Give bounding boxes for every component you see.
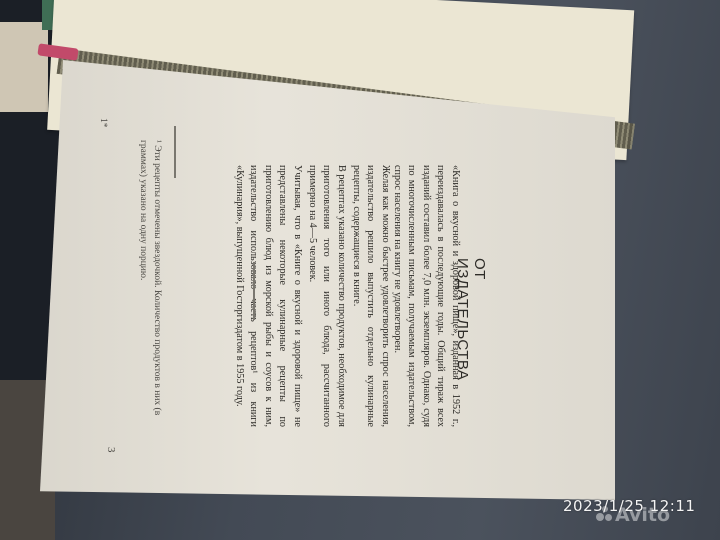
paragraph-3: В рецептах указано количество продуктов,… <box>305 165 349 427</box>
paragraph-1: «Книга о вкусной и здоровой пище», издан… <box>390 165 463 427</box>
footnote-divider <box>174 126 176 178</box>
photo-timestamp: 2023/1/25 12:11 <box>563 497 695 515</box>
paragraph-2: Желая как можно быстрее удовлетворить сп… <box>349 165 393 427</box>
paragraph-4: Учитывая, что в «Книге о вкусной и здоро… <box>232 165 305 427</box>
section-divider <box>253 262 255 320</box>
footnote: ¹ Эти рецепты отмечены звездочкой. Колич… <box>136 140 164 450</box>
page-number: 3 <box>104 447 118 453</box>
signature-mark: 1* <box>96 118 110 128</box>
background-shelf <box>0 22 48 112</box>
